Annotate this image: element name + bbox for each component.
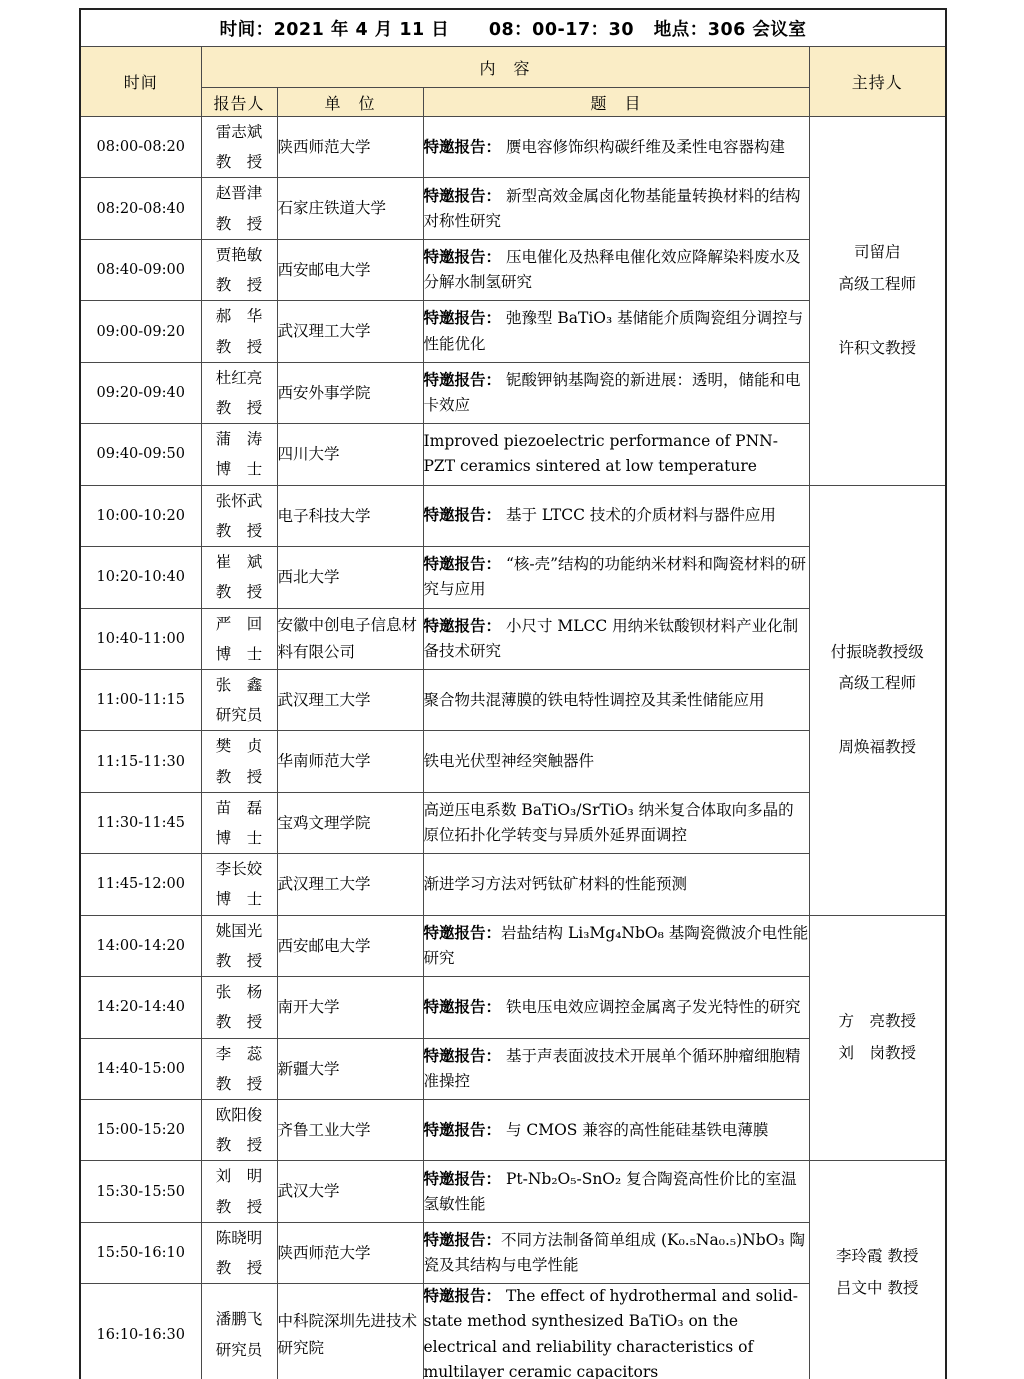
topic-prefix-label: 特邀报告： [424, 309, 502, 327]
time-cell: 10:40-11:00 [80, 608, 201, 669]
topic-text: 基于 LTCC 技术的介质材料与器件应用 [501, 506, 776, 524]
topic-prefix-label: 特邀报告： [424, 617, 502, 635]
time-cell: 15:30-15:50 [80, 1161, 201, 1222]
topic-prefix-label: 特邀报告： [424, 924, 502, 942]
chair-cell: 付振晓教授级 高级工程师 周焕福教授 [809, 485, 946, 915]
time-cell: 15:50-16:10 [80, 1222, 201, 1283]
topic-text: 渐进学习方法对钙钛矿材料的性能预测 [424, 875, 688, 893]
topic-prefix-label: 特邀报告： [424, 1231, 502, 1249]
affiliation-cell: 宝鸡文理学院 [277, 792, 423, 853]
affiliation-cell: 齐鲁工业大学 [277, 1100, 423, 1161]
topic-cell: 特邀报告： 新型高效金属卤化物基能量转换材料的结构对称性研究 [423, 178, 809, 239]
speaker-cell: 欧阳俊 教 授 [201, 1100, 277, 1161]
time-cell: 10:00-10:20 [80, 485, 201, 546]
speaker-cell: 张 杨 教 授 [201, 977, 277, 1038]
topic-cell: 特邀报告： “核-壳”结构的功能纳米材料和陶瓷材料的研究与应用 [423, 547, 809, 608]
topic-text: 聚合物共混薄膜的铁电特性调控及其柔性储能应用 [424, 691, 765, 709]
affiliation-cell: 陕西师范大学 [277, 1222, 423, 1283]
topic-text: Improved piezoelectric performance of PN… [424, 432, 778, 475]
speaker-cell: 李长姣 博 士 [201, 854, 277, 915]
col-header-chair: 主持人 [809, 47, 946, 117]
affiliation-cell: 南开大学 [277, 977, 423, 1038]
topic-prefix-label: 特邀报告： [424, 1170, 502, 1188]
topic-cell: 聚合物共混薄膜的铁电特性调控及其柔性储能应用 [423, 669, 809, 730]
speaker-cell: 郝 华 教 授 [201, 301, 277, 362]
speaker-cell: 潘鹏飞 研究员 [201, 1284, 277, 1379]
time-cell: 16:10-16:30 [80, 1284, 201, 1379]
time-cell: 08:40-09:00 [80, 239, 201, 300]
topic-cell: 特邀报告： 与 CMOS 兼容的高性能硅基铁电薄膜 [423, 1100, 809, 1161]
col-header-time: 时间 [80, 47, 201, 117]
affiliation-cell: 华南师范大学 [277, 731, 423, 792]
session-banner: 时间：2021 年 4 月 11 日 08：00-17：30 地点：306 会议… [80, 9, 946, 47]
chair-cell: 李玲霞 教授 吕文中 教授 [809, 1161, 946, 1379]
topic-cell: 高逆压电系数 BaTiO₃/SrTiO₃ 纳米复合体取向多晶的原位拓扑化学转变与… [423, 792, 809, 853]
chair-cell: 司留启 高级工程师 许积文教授 [809, 117, 946, 486]
topic-text: 高逆压电系数 BaTiO₃/SrTiO₃ 纳米复合体取向多晶的原位拓扑化学转变与… [424, 801, 794, 844]
time-cell: 08:00-08:20 [80, 117, 201, 178]
topic-prefix-label: 特邀报告： [424, 187, 502, 205]
speaker-cell: 赵晋津 教 授 [201, 178, 277, 239]
time-cell: 14:00-14:20 [80, 915, 201, 976]
affiliation-cell: 武汉理工大学 [277, 669, 423, 730]
time-cell: 08:20-08:40 [80, 178, 201, 239]
time-cell: 09:00-09:20 [80, 301, 201, 362]
affiliation-cell: 陕西师范大学 [277, 117, 423, 178]
time-cell: 14:40-15:00 [80, 1038, 201, 1099]
topic-cell: 特邀报告：岩盐结构 Li₃Mg₄NbO₈ 基陶瓷微波介电性能研究 [423, 915, 809, 976]
affiliation-cell: 石家庄铁道大学 [277, 178, 423, 239]
speaker-cell: 杜红亮 教 授 [201, 362, 277, 423]
speaker-cell: 姚国光 教 授 [201, 915, 277, 976]
speaker-cell: 张怀武 教 授 [201, 485, 277, 546]
topic-text: 铁电压电效应调控金属离子发光特性的研究 [501, 998, 800, 1016]
topic-cell: 特邀报告： 铁电压电效应调控金属离子发光特性的研究 [423, 977, 809, 1038]
topic-prefix-label: 特邀报告： [424, 998, 502, 1016]
speaker-cell: 刘 明 教 授 [201, 1161, 277, 1222]
topic-prefix-label: 特邀报告： [424, 555, 502, 573]
topic-cell: 特邀报告： 赝电容修饰织构碳纤维及柔性电容器构建 [423, 117, 809, 178]
topic-cell: 特邀报告： 基于 LTCC 技术的介质材料与器件应用 [423, 485, 809, 546]
topic-prefix-label: 特邀报告： [424, 138, 502, 156]
table-row: 14:00-14:20姚国光 教 授西安邮电大学特邀报告：岩盐结构 Li₃Mg₄… [80, 915, 946, 976]
table-row: 15:30-15:50刘 明 教 授武汉大学特邀报告： Pt-Nb₂O₅-SnO… [80, 1161, 946, 1222]
time-cell: 11:30-11:45 [80, 792, 201, 853]
topic-cell: 特邀报告： 压电催化及热释电催化效应降解染料废水及分解水制氢研究 [423, 239, 809, 300]
affiliation-cell: 四川大学 [277, 424, 423, 485]
time-cell: 11:15-11:30 [80, 731, 201, 792]
speaker-cell: 樊 贞 教 授 [201, 731, 277, 792]
topic-cell: 特邀报告： The effect of hydrothermal and sol… [423, 1284, 809, 1379]
topic-prefix-label: 特邀报告： [424, 506, 502, 524]
speaker-cell: 蒲 涛 博 士 [201, 424, 277, 485]
speaker-cell: 张 鑫 研究员 [201, 669, 277, 730]
affiliation-cell: 武汉理工大学 [277, 854, 423, 915]
conference-program-page: 时间：2021 年 4 月 11 日 08：00-17：30 地点：306 会议… [0, 0, 1024, 1379]
time-cell: 15:00-15:20 [80, 1100, 201, 1161]
affiliation-cell: 武汉大学 [277, 1161, 423, 1222]
topic-cell: 特邀报告： 小尺寸 MLCC 用纳米钛酸钡材料产业化制备技术研究 [423, 608, 809, 669]
affiliation-cell: 西安邮电大学 [277, 239, 423, 300]
speaker-cell: 李 蕊 教 授 [201, 1038, 277, 1099]
table-row: 08:00-08:20雷志斌 教 授陕西师范大学特邀报告： 赝电容修饰织构碳纤维… [80, 117, 946, 178]
affiliation-cell: 中科院深圳先进技术研究院 [277, 1284, 423, 1379]
affiliation-cell: 西北大学 [277, 547, 423, 608]
speaker-cell: 雷志斌 教 授 [201, 117, 277, 178]
affiliation-cell: 新疆大学 [277, 1038, 423, 1099]
affiliation-cell: 武汉理工大学 [277, 301, 423, 362]
topic-cell: 特邀报告： 弛豫型 BaTiO₃ 基储能介质陶瓷组分调控与性能优化 [423, 301, 809, 362]
topic-cell: 特邀报告：不同方法制备简单组成 (K₀.₅Na₀.₅)NbO₃ 陶瓷及其结构与电… [423, 1222, 809, 1283]
topic-prefix-label: 特邀报告： [424, 248, 502, 266]
speaker-cell: 贾艳敏 教 授 [201, 239, 277, 300]
col-header-speaker: 报告人 [201, 88, 277, 117]
banner-row: 时间：2021 年 4 月 11 日 08：00-17：30 地点：306 会议… [80, 9, 946, 47]
topic-cell: 特邀报告： 铌酸钾钠基陶瓷的新进展：透明，储能和电卡效应 [423, 362, 809, 423]
speaker-cell: 陈晓明 教 授 [201, 1222, 277, 1283]
time-cell: 09:20-09:40 [80, 362, 201, 423]
topic-cell: 特邀报告： Pt-Nb₂O₅-SnO₂ 复合陶瓷高性价比的室温氢敏性能 [423, 1161, 809, 1222]
time-cell: 09:40-09:50 [80, 424, 201, 485]
header-row-top: 时间 内 容 主持人 [80, 47, 946, 88]
conference-schedule-table: 时间：2021 年 4 月 11 日 08：00-17：30 地点：306 会议… [79, 8, 947, 1379]
time-cell: 11:45-12:00 [80, 854, 201, 915]
topic-prefix-label: 特邀报告： [424, 1287, 502, 1305]
affiliation-cell: 西安邮电大学 [277, 915, 423, 976]
speaker-cell: 崔 斌 教 授 [201, 547, 277, 608]
topic-text: 与 CMOS 兼容的高性能硅基铁电薄膜 [501, 1121, 768, 1139]
topic-cell: Improved piezoelectric performance of PN… [423, 424, 809, 485]
time-cell: 11:00-11:15 [80, 669, 201, 730]
col-header-content: 内 容 [201, 47, 809, 88]
topic-prefix-label: 特邀报告： [424, 1047, 502, 1065]
table-row: 10:00-10:20张怀武 教 授电子科技大学特邀报告： 基于 LTCC 技术… [80, 485, 946, 546]
topic-cell: 特邀报告： 基于声表面波技术开展单个循环肿瘤细胞精准操控 [423, 1038, 809, 1099]
time-cell: 14:20-14:40 [80, 977, 201, 1038]
speaker-cell: 严 回 博 士 [201, 608, 277, 669]
speaker-cell: 苗 磊 博 士 [201, 792, 277, 853]
topic-cell: 铁电光伏型神经突触器件 [423, 731, 809, 792]
topic-text: 赝电容修饰织构碳纤维及柔性电容器构建 [501, 138, 785, 156]
topic-cell: 渐进学习方法对钙钛矿材料的性能预测 [423, 854, 809, 915]
affiliation-cell: 西安外事学院 [277, 362, 423, 423]
time-cell: 10:20-10:40 [80, 547, 201, 608]
topic-prefix-label: 特邀报告： [424, 371, 502, 389]
affiliation-cell: 电子科技大学 [277, 485, 423, 546]
col-header-affiliation: 单 位 [277, 88, 423, 117]
affiliation-cell: 安徽中创电子信息材料有限公司 [277, 608, 423, 669]
chair-cell: 方 亮教授 刘 岗教授 [809, 915, 946, 1161]
col-header-topic: 题 目 [423, 88, 809, 117]
topic-text: 铁电光伏型神经突触器件 [424, 752, 595, 770]
topic-prefix-label: 特邀报告： [424, 1121, 502, 1139]
